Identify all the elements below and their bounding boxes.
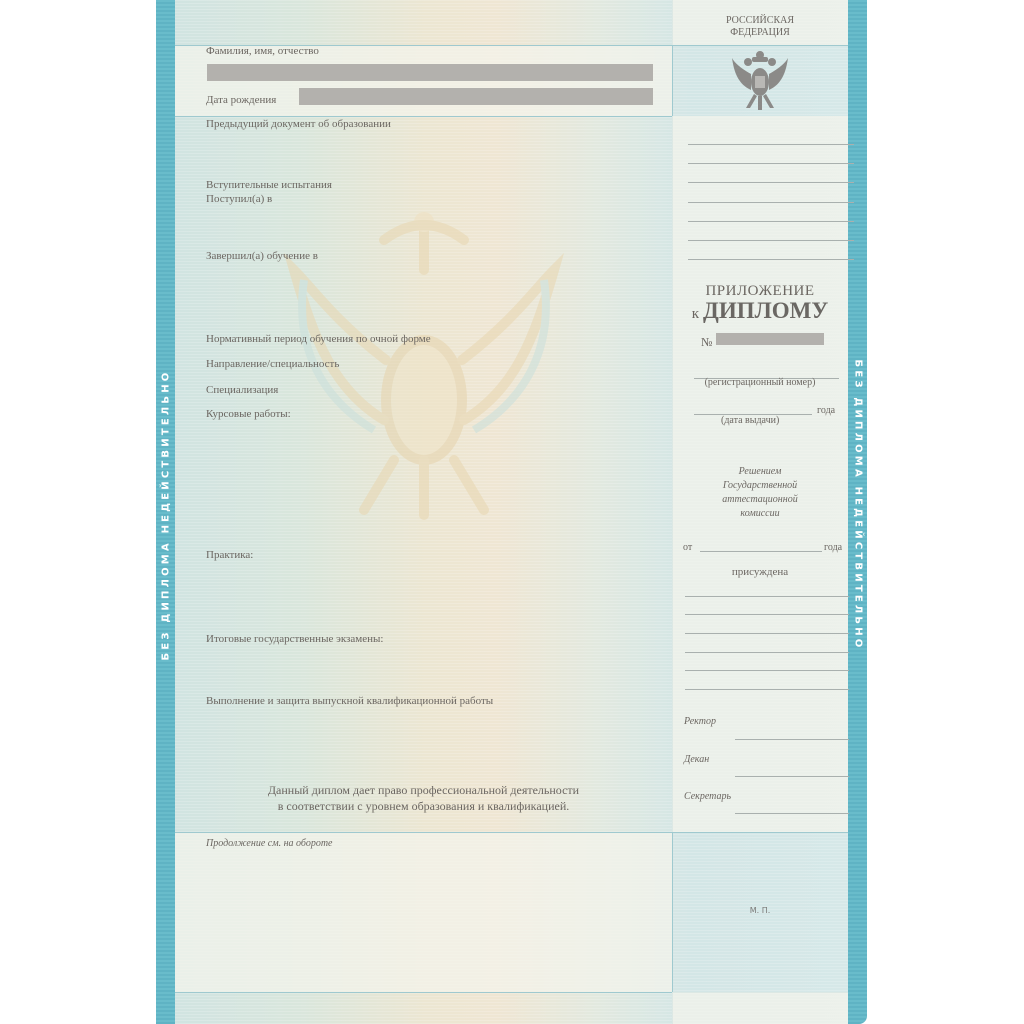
- enrolled-label: Поступил(а) в: [206, 193, 272, 205]
- commission-line3: аттестационной: [672, 493, 848, 507]
- commission-line4: комиссии: [672, 507, 848, 521]
- coursework-label: Курсовые работы:: [206, 408, 291, 420]
- right-security-band: БЕЗ ДИПЛОМА НЕДЕЙСТВИТЕЛЬНО: [848, 0, 867, 1024]
- specialization-label: Специализация: [206, 384, 278, 396]
- issue-date-caption: (дата выдачи): [721, 415, 779, 426]
- rights-statement-line1: Данный диплом дает право профессионально…: [175, 782, 672, 798]
- number-sign: №: [701, 335, 712, 350]
- title-prefix: к: [692, 306, 699, 322]
- reg-number-caption: (регистрационный номер): [672, 377, 848, 388]
- country-line1: РОССИЙСКАЯ: [672, 15, 848, 27]
- secretary-label: Секретарь: [684, 791, 731, 802]
- country-line2: ФЕДЕРАЦИЯ: [672, 27, 848, 39]
- practice-label: Практика:: [206, 549, 253, 561]
- dean-label: Декан: [684, 754, 709, 765]
- supplement-number-redacted: [716, 333, 824, 345]
- right-column: РОССИЙСКАЯ ФЕДЕРАЦИЯ ПРИЛОЖЕНИЕ: [672, 0, 848, 1024]
- completed-label: Завершил(а) обучение в: [206, 250, 318, 262]
- left-security-band: БЕЗ ДИПЛОМА НЕДЕЙСТВИТЕЛЬНО: [156, 0, 175, 1024]
- diploma-supplement-page: БЕЗ ДИПЛОМА НЕДЕЙСТВИТЕЛЬНО БЕЗ ДИПЛОМА …: [156, 0, 867, 1024]
- commission-line2: Государственной: [672, 479, 848, 493]
- continuation-box: [175, 832, 672, 992]
- commission-line1: Решением: [672, 465, 848, 479]
- thesis-label: Выполнение и защита выпускной квалификац…: [206, 695, 493, 707]
- seal-placeholder: М. П.: [672, 906, 848, 915]
- previous-document-label: Предыдущий документ об образовании: [206, 118, 391, 130]
- direction-label: Направление/специальность: [206, 358, 339, 370]
- full-name-redacted-value: [207, 64, 653, 81]
- country-name: РОССИЙСКАЯ ФЕДЕРАЦИЯ: [672, 15, 848, 39]
- issue-year-suffix: года: [817, 405, 835, 416]
- continued-note: Продолжение см. на обороте: [206, 838, 332, 849]
- rights-statement: Данный диплом дает право профессионально…: [175, 782, 672, 814]
- supplement-title-line2: к ДИПЛОМУ: [672, 298, 848, 324]
- entrance-exams-label: Вступительные испытания: [206, 179, 332, 191]
- final-exams-label: Итоговые государственные экзамены:: [206, 633, 383, 645]
- birth-date-label: Дата рождения: [206, 94, 276, 106]
- awarded-label: присуждена: [672, 566, 848, 578]
- birth-date-redacted-value: [299, 88, 653, 105]
- rector-label: Ректор: [684, 716, 716, 727]
- commission-text: Решением Государственной аттестационной …: [672, 465, 848, 521]
- band-warning-text-left: БЕЗ ДИПЛОМА НЕДЕЙСТВИТЕЛЬНО: [160, 370, 171, 661]
- coat-of-arms-icon: [730, 50, 790, 112]
- decision-year-suffix: года: [824, 542, 842, 553]
- band-warning-text-right: БЕЗ ДИПЛОМА НЕДЕЙСТВИТЕЛЬНО: [852, 360, 863, 651]
- title-main: ДИПЛОМУ: [703, 298, 828, 323]
- from-label: от: [683, 542, 692, 553]
- rights-statement-line2: в соответствии с уровнем образования и к…: [175, 798, 672, 814]
- full-name-label: Фамилия, имя, отчество: [206, 45, 319, 57]
- normative-period-label: Нормативный период обучения по очной фор…: [206, 333, 431, 345]
